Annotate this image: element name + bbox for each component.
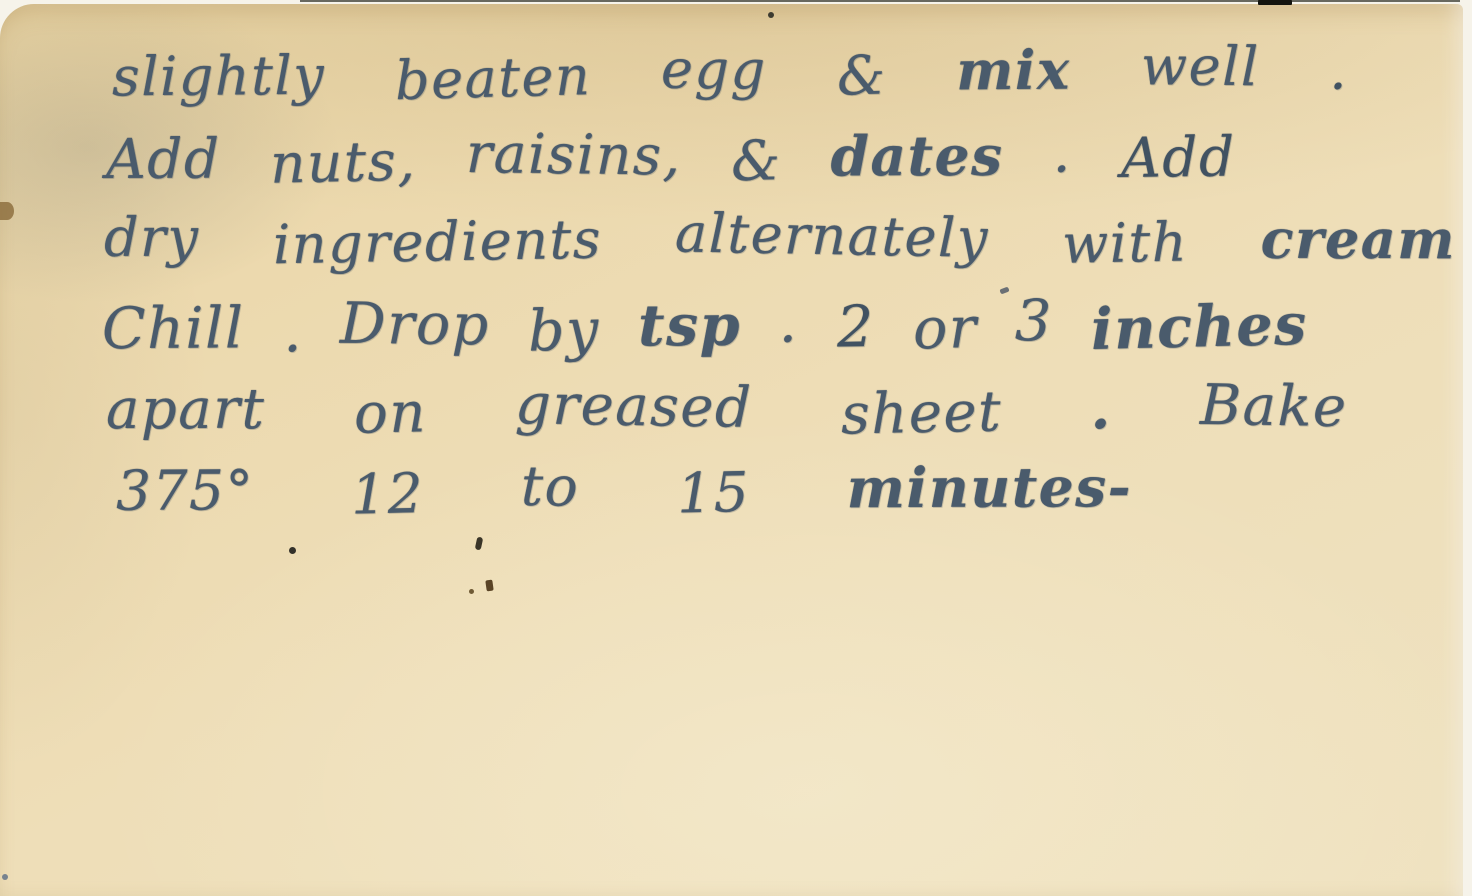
handwritten-word: 12 <box>351 461 425 527</box>
handwritten-word: greased <box>515 372 753 441</box>
handwritten-word: dry <box>104 206 200 269</box>
handwritten-word: egg <box>661 38 767 102</box>
ink-speck <box>768 12 774 18</box>
handwritten-word: & <box>730 128 782 193</box>
ink-speck <box>475 537 484 551</box>
handwritten-word: beaten <box>394 44 592 112</box>
handwritten-word: Add <box>106 127 221 191</box>
handwriting-line-4: Chill.Dropbytsp.2or3inches <box>102 289 1308 362</box>
handwritten-word: apart <box>106 377 265 442</box>
ink-speck <box>469 589 474 594</box>
scan-edge-mark <box>1258 0 1292 5</box>
handwritten-word: 375° <box>116 458 255 522</box>
ink-speck <box>485 580 493 592</box>
handwritten-word: Add <box>1121 124 1237 190</box>
handwriting-line-2: Addnuts,raisins,&dates.Add <box>106 122 1236 191</box>
handwritten-word: by <box>528 297 601 365</box>
handwritten-word: slightly <box>112 44 326 108</box>
handwriting-line-3: dryingredientsalternatelywithcream <box>104 205 1456 271</box>
handwritten-word: 2 <box>836 294 875 361</box>
handwritten-word: sheet <box>841 379 1003 447</box>
handwritten-word: raisins, <box>465 121 681 188</box>
handwritten-word: . <box>1329 39 1349 102</box>
ink-speck <box>289 547 296 554</box>
handwritten-word: Drop <box>340 291 490 359</box>
handwritten-word: mix <box>956 38 1071 103</box>
handwritten-word: Chill <box>102 295 245 362</box>
handwritten-word: & <box>836 43 887 107</box>
handwritten-word: minutes- <box>847 454 1132 520</box>
handwritten-word: cream <box>1261 207 1456 271</box>
handwriting-line-1: slightlybeatenegg&mixwell. <box>112 36 1348 109</box>
handwritten-word: 15 <box>676 460 750 526</box>
handwritten-word: well <box>1140 34 1259 98</box>
handwritten-word: dates <box>830 123 1003 189</box>
handwritten-word: . <box>1091 376 1112 442</box>
handwritten-word: nuts, <box>269 128 417 195</box>
handwritten-word: to <box>521 454 580 519</box>
recipe-card: slightlybeatenegg&mixwell. Addnuts,raisi… <box>0 4 1463 896</box>
handwritten-word: . <box>1052 121 1072 185</box>
handwritten-word: inches <box>1091 291 1309 363</box>
handwritten-word: . <box>282 299 303 365</box>
handwritten-word: 3 <box>1015 288 1053 354</box>
handwriting-line-5: apartongreasedsheet.Bake <box>106 376 1348 442</box>
handwriting-line-6: 375°12to15minutes- <box>116 454 1132 523</box>
ink-speck <box>2 874 8 880</box>
handwritten-word: alternately <box>674 201 989 269</box>
handwritten-word: or <box>912 295 978 363</box>
handwritten-word: Bake <box>1200 373 1349 440</box>
handwritten-word: ingredients <box>272 208 602 277</box>
handwritten-word: on <box>353 380 427 446</box>
handwritten-word: . <box>779 289 799 355</box>
handwritten-word: with <box>1061 211 1188 276</box>
handwritten-word: tsp <box>638 292 741 360</box>
scan-background: slightlybeatenegg&mixwell. Addnuts,raisi… <box>0 0 1472 896</box>
paper-stain <box>0 202 14 220</box>
